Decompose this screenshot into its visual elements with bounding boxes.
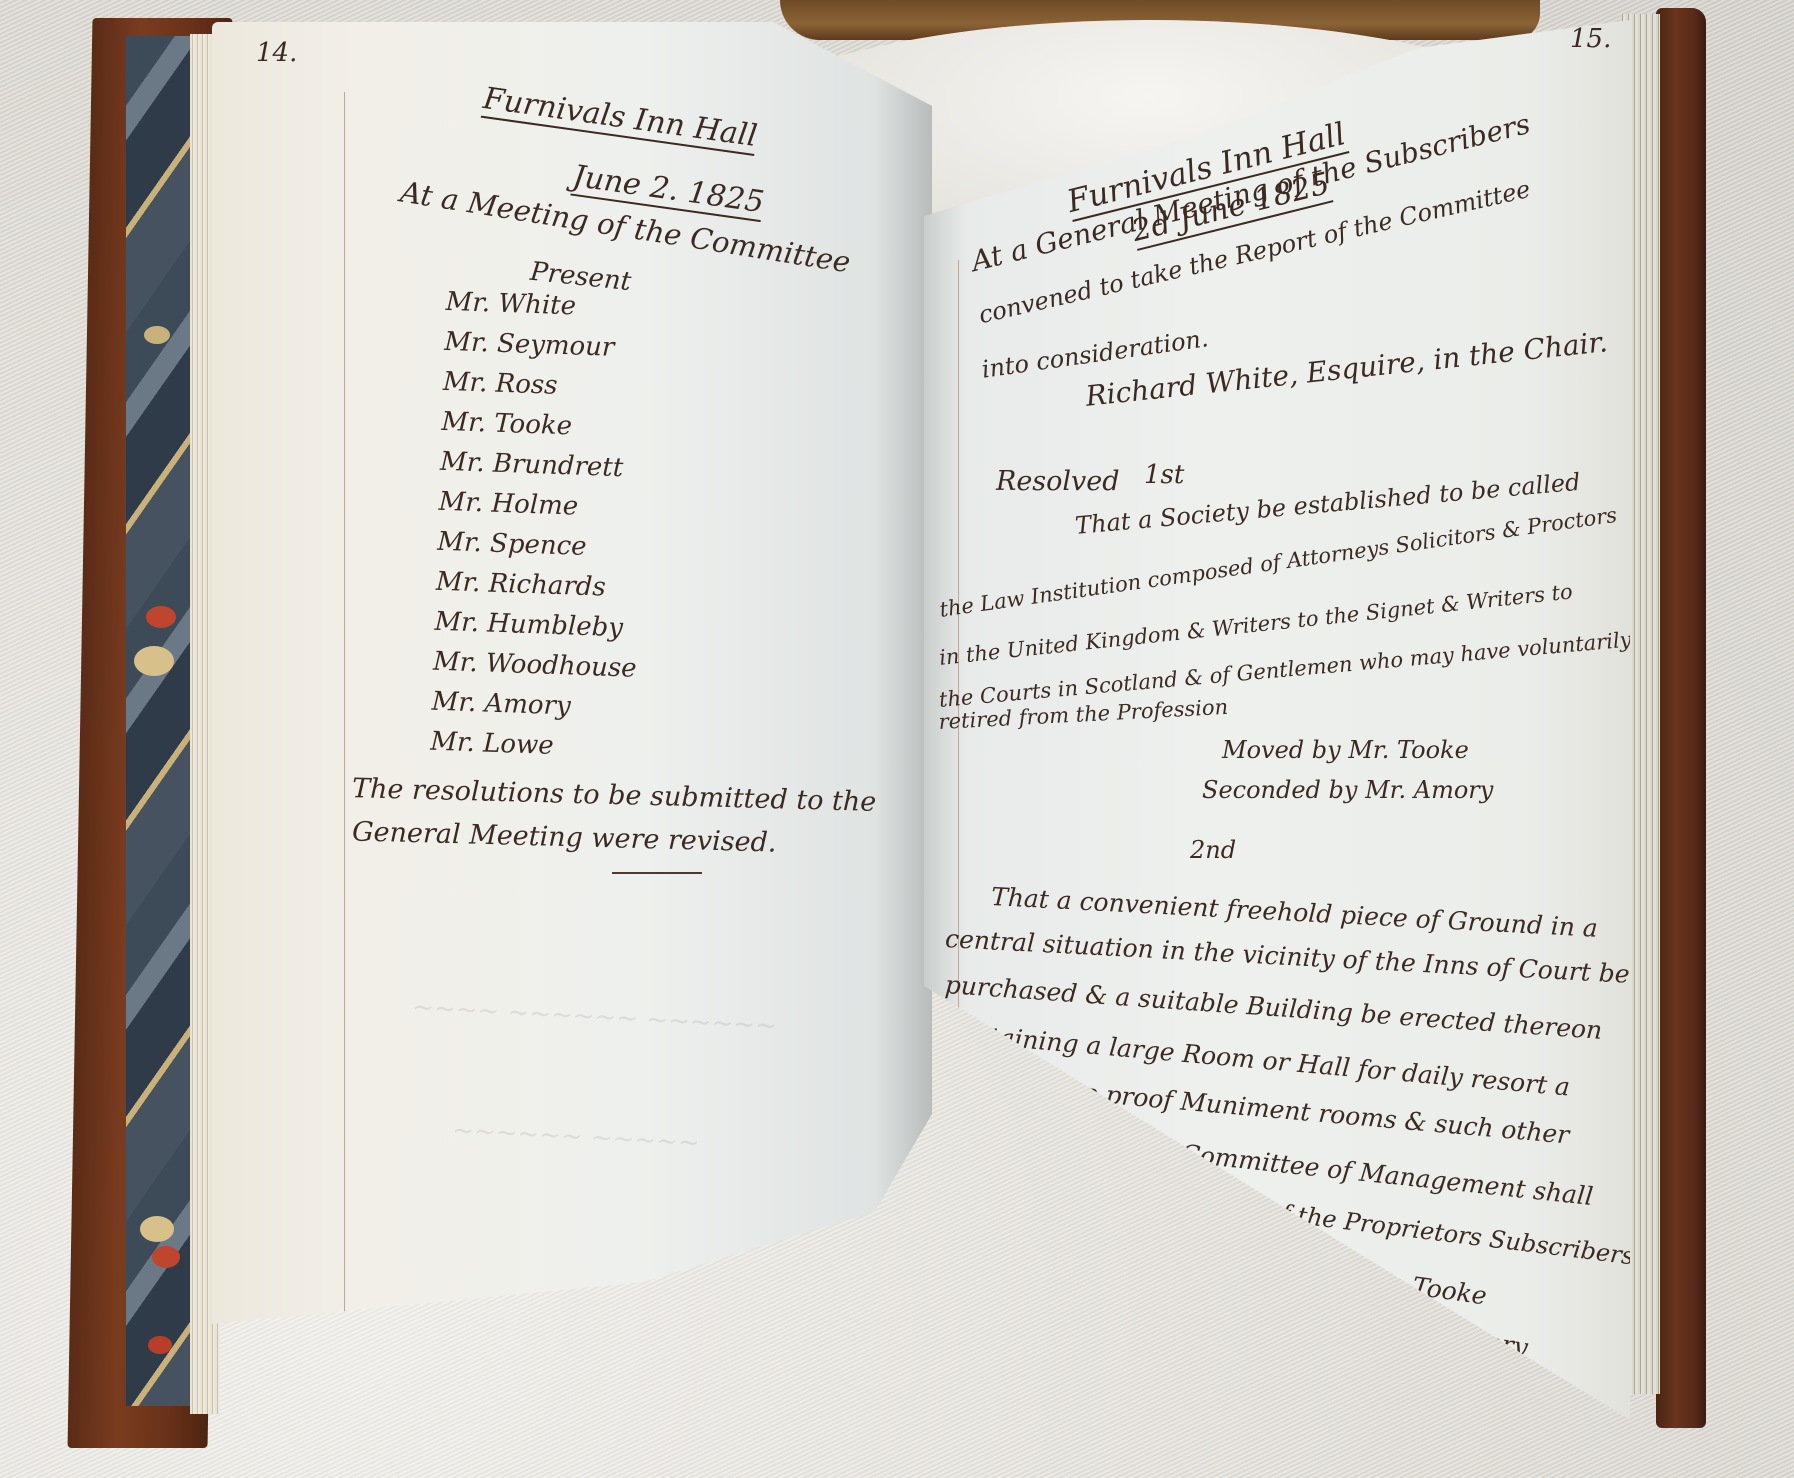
marble-spot [152,1246,180,1268]
marble-spot [140,1216,174,1242]
attendee: Mr. Spence [437,527,587,562]
section-divider [612,872,702,874]
closing-line: General Meeting were revised. [352,816,777,858]
right-leather-cover [1656,8,1706,1428]
attendee: Mr. Lowe [430,727,554,761]
attendee: Mr. Ross [442,367,558,401]
attendee: Mr. Woodhouse [433,647,637,684]
attendee: Mr. Amory [431,687,571,722]
attendee: Mr. Brundrett [440,447,624,483]
attendee: Mr. Seymour [444,327,615,363]
bleed-through-ink: ~~~~ ~~~~~~ ~~~~~~ [411,992,777,1041]
marble-spot [134,646,174,676]
left-page: 14. Furnivals Inn Hall June 2. 1825 At a… [212,22,932,1422]
marble-spot [148,1336,172,1354]
resolved-label: Resolved [996,466,1120,497]
seconded-by: Seconded by Mr. Amory [1202,776,1493,804]
marble-spot [144,326,170,344]
margin-rule [344,92,345,1312]
attendee: Mr. Humbleby [434,607,623,644]
attendee: Mr. Tooke [441,407,572,442]
resolution-ordinal: 2nd [1190,836,1236,864]
location-heading: Furnivals Inn Hall [481,81,759,156]
moved-by: Moved by Mr. Tooke [1222,736,1469,764]
closing-line: The resolutions to be submitted to the [352,773,877,818]
resolution-ordinal: 1st [1144,460,1184,490]
page-number: 15. [1570,24,1611,54]
marbled-endpaper [126,36,192,1406]
page-number: 14. [256,38,297,68]
attendee-list: Mr. White Mr. Seymour Mr. Ross Mr. Tooke… [430,287,746,767]
attendee: Mr. White [445,287,576,322]
marble-spot [146,606,176,628]
bleed-through-ink: ~~~~~~ ~~~~~ [451,1116,700,1159]
attendee: Mr. Holme [438,487,578,522]
attendee: Mr. Richards [435,567,606,603]
